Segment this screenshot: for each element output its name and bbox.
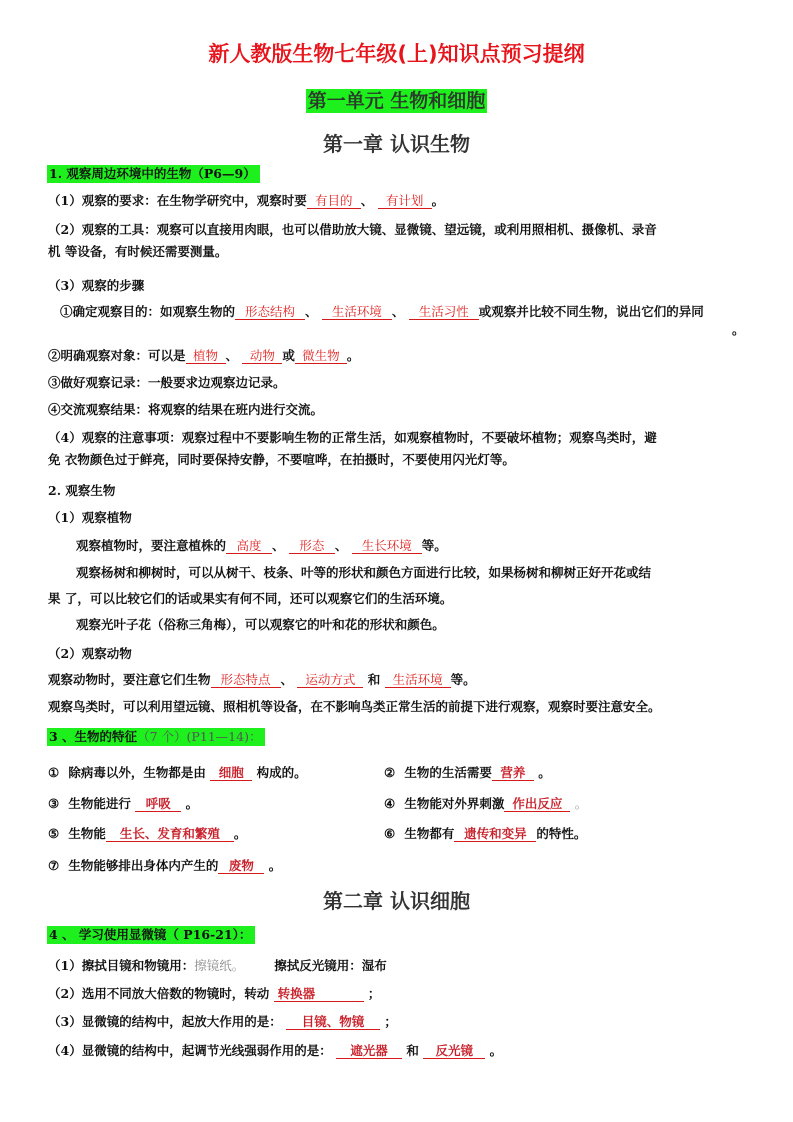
- observe-birds: 观察鸟类时，可以利用望远镜、照相机等设备，在不影响鸟类正常生活的前提下进行观察，…: [48, 697, 661, 715]
- step-2: ②明确观察对象：可以是植物、 动物或微生物。: [48, 346, 359, 364]
- answer-blank: 遗传和变异: [454, 827, 536, 842]
- answer-blank: 反光镜: [423, 1044, 485, 1059]
- answer-blank: 生长环境: [352, 539, 422, 554]
- feature-6: ⑥ 生物都有遗传和变异的特性。: [384, 824, 586, 842]
- answer-blank: 高度: [226, 539, 272, 554]
- microscope-magnification: （3）显微镜的结构中，起放大作用的是： 目镜、物镜 ；: [48, 1012, 397, 1030]
- observe-plants-p2-line1: 观察杨树和柳树时，可以从树干、枝条、叶等的形状和颜色方面进行比较，如果杨树和柳树…: [76, 563, 651, 581]
- observation-tools-line1: （2）观察的工具：观察可以直接用肉眼，也可以借助放大镜、显微镜、望远镜，或利用照…: [48, 220, 657, 238]
- feature-1: ① 除病毒以外，生物都是由 细胞 构成的。: [48, 763, 307, 781]
- observe-plants-p3: 观察光叶子花（俗称三角梅），可以观察它的叶和花的形状和颜色。: [76, 615, 445, 633]
- answer-blank: 形态结构: [235, 305, 305, 320]
- answer-blank: 废物: [218, 859, 264, 874]
- answer-blank: 生长、发育和繁殖: [106, 827, 234, 842]
- observation-notes-line2: 免 衣物颜色过于鲜亮，同时要保持安静，不要喧哗，在拍摄时，不要使用闪光灯等。: [48, 450, 515, 468]
- answer-blank: 生活环境: [385, 673, 451, 688]
- answer-blank: 形态: [289, 539, 335, 554]
- answer-blank: 形态特点: [211, 673, 281, 688]
- observe-plants-p2-line2: 果 了，可以比较它们的话或果实有何不同，还可以观察它们的生活环境。: [48, 589, 452, 607]
- chapter-1-title: 第一章 认识生物: [0, 128, 793, 157]
- answer-blank: 运动方式: [297, 673, 363, 688]
- section-2-heading: 2. 观察生物: [48, 481, 115, 499]
- answer-blank: 遮光器: [336, 1044, 402, 1059]
- unit-title: 第一单元 生物和细胞: [0, 86, 793, 113]
- section-4-heading: 4 、 学习使用显微镜（ P16-21）：: [47, 924, 255, 943]
- answer-blank: 有计划: [378, 194, 432, 209]
- answer-blank: 作出反应: [504, 797, 570, 812]
- answer-blank: 动物: [242, 349, 282, 364]
- chapter-2-title: 第二章 认识细胞: [0, 885, 793, 914]
- document-title: 新人教版生物七年级(上)知识点预习提纲: [0, 38, 793, 68]
- answer-blank: 微生物: [295, 349, 347, 364]
- feature-3: ③ 生物能进行 呼吸 。: [48, 794, 198, 812]
- answer-blank: 营养: [492, 766, 534, 781]
- answer-blank: 生活习性: [409, 305, 479, 320]
- answer-blank: 植物: [186, 349, 226, 364]
- feature-2: ② 生物的生活需要营养 。: [384, 763, 551, 781]
- observation-notes-line1: （4）观察的注意事项：观察过程中不要影响生物的正常生活，如观察植物时，不要破坏植…: [48, 428, 657, 446]
- observation-requirement: （1）观察的要求：在生物学研究中，观察时要有目的、 有计划。: [48, 191, 444, 209]
- observe-plants-title: （1）观察植物: [48, 508, 132, 526]
- step-1-period: 。: [732, 320, 745, 338]
- answer-blank: 目镜、物镜: [286, 1015, 380, 1030]
- microscope-light-control: （4）显微镜的结构中，起调节光线强弱作用的是： 遮光器 和 反光镜 。: [48, 1041, 502, 1059]
- observation-steps-title: （3）观察的步骤: [48, 276, 144, 294]
- feature-5: ⑤ 生物能生长、发育和繁殖。: [48, 824, 246, 842]
- observe-plants-p1: 观察植物时，要注意植株的高度、 形态、 生长环境等。: [76, 536, 447, 554]
- observe-animals-p1: 观察动物时，要注意它们生物形态特点、 运动方式 和 生活环境等。: [48, 670, 476, 688]
- microscope-cleaning: （1）擦拭目镜和物镜用：擦镜纸。擦拭反光镜用：湿布: [48, 956, 387, 974]
- answer-blank: 转换器: [274, 987, 364, 1002]
- feature-4: ④ 生物能对外界刺激作出反应 。: [384, 794, 587, 812]
- observation-tools-line2: 机 等设备，有时候还需要测量。: [48, 242, 227, 260]
- answer-blank: 细胞: [210, 766, 252, 781]
- feature-7: ⑦ 生物能够排出身体内产生的废物 。: [48, 856, 281, 874]
- microscope-objective-switch: （2）选用不同放大倍数的物镜时，转动 转换器 ；: [48, 984, 380, 1002]
- step-3: ③做好观察记录：一般要求边观察边记录。: [48, 373, 286, 391]
- step-1: ①确定观察目的：如观察生物的形态结构、 生活环境、 生活习性或观察并比较不同生物…: [60, 302, 704, 320]
- section-3-heading: 3 、生物的特征（7 个）(P11—14)：: [47, 726, 265, 745]
- step-4: ④交流观察结果：将观察的结果在班内进行交流。: [48, 400, 323, 418]
- answer-blank: 生活环境: [322, 305, 392, 320]
- answer-blank: 呼吸: [135, 797, 181, 812]
- observe-animals-title: （2）观察动物: [48, 644, 132, 662]
- answer-blank: 有目的: [307, 194, 361, 209]
- section-1-heading: 1. 观察周边环境中的生物（P6—9）: [47, 163, 260, 182]
